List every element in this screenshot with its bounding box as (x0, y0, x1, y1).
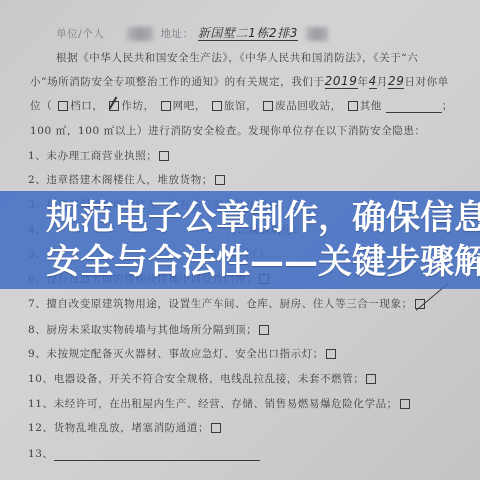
item-text: 货物乱堆乱放，堵塞消防通道； (54, 422, 209, 434)
checkbox-category-2[interactable] (161, 101, 171, 111)
list-item: 10、电器设备，开关不符合安全规格，电线乱拉乱接，未套不燃管； (28, 371, 378, 386)
redacted-unit (127, 27, 153, 41)
list-item: 12、货物乱堆乱放，堵塞消防通道； (28, 420, 223, 435)
banner-title-line-2: 安全与合法性——关键步骤解 (46, 240, 466, 284)
item-checkbox[interactable] (215, 175, 225, 185)
item-number: 12、 (28, 422, 54, 434)
list-item: 2、违章搭建木阁楼住人，堆放货物； (28, 172, 227, 187)
item-number: 9、 (28, 348, 46, 360)
item-number: 8、 (28, 324, 46, 336)
item-number: 1、 (28, 150, 46, 162)
category-label: 其他 (360, 100, 382, 112)
header-line: 单位/个人 地址： 新国墅二1栋2排3 (56, 24, 332, 41)
item-checkbox[interactable] (159, 151, 169, 161)
year-suffix: 年 (358, 76, 369, 88)
month-suffix: 月 (377, 76, 388, 88)
intro-line-2: 小”场所消防安全专项整治工作的通知》的有关规定，我们于2019年4月29日对你单 (30, 74, 449, 89)
item-checkbox[interactable] (326, 349, 336, 359)
date-day: 29 (388, 74, 404, 89)
intro-line-1: 根据《中华人民共和国安全生产法》，《中华人民共和国消防法》，《关于“六 (56, 50, 418, 65)
date-year: 2019 (325, 74, 358, 89)
banner-title-line-1: 规范电子公章制作，确保信息 (46, 196, 466, 240)
item-number: 13、 (28, 448, 54, 460)
banner-title: 规范电子公章制作，确保信息 安全与合法性——关键步骤解 (46, 196, 466, 284)
list-item: 1、未办理工商营业执照； (28, 148, 171, 163)
item-checkbox[interactable] (366, 374, 376, 384)
item-checkbox[interactable] (211, 423, 221, 433)
redacted-address (306, 27, 328, 41)
category-label: 档口 (70, 100, 92, 112)
day-suffix: 日对你单 (404, 76, 448, 88)
item-13-blank[interactable] (54, 452, 260, 461)
category-suffix: ； (442, 100, 453, 112)
item-text: 违章搭建木阁楼住人，堆放货物； (46, 174, 213, 186)
item-checkbox[interactable] (400, 399, 410, 409)
category-label: 废品回收站 (275, 100, 331, 112)
category-label: 作坊 (121, 100, 143, 112)
checkbox-category-5[interactable] (348, 101, 358, 111)
intro-line-2-text: 小”场所消防安全专项整治工作的通知》的有关规定，我们于 (30, 76, 325, 88)
address-value: 新国墅二1栋2排3 (198, 26, 298, 41)
item-text: 擅自改变原建筑物用途，设置生产车间、仓库、厨房、住人等三合一现象； (46, 298, 412, 310)
list-item: 8、厨房未采取实物砖墙与其他场所分隔到顶； (28, 322, 271, 337)
checkbox-category-3[interactable] (212, 101, 222, 111)
checkbox-category-4[interactable] (263, 101, 273, 111)
category-label: 网吧 (173, 100, 195, 112)
checkbox-category-1[interactable] (109, 101, 119, 111)
category-line: 位（ 档口， 作坊， 网吧， 旅馆， 废品回收站， 其他 ； (30, 98, 453, 113)
other-blank[interactable] (386, 102, 442, 113)
category-label: 旅馆 (224, 100, 246, 112)
intro-line-4: 100 ㎡，100 ㎡以上）进行消防安全检查。发现你单位存在以下消防安全隐患： (30, 123, 426, 138)
category-prefix: 位（ (30, 100, 52, 112)
item-text: 未经许可，在出租屋内生产、经营、存储、销售易燃易爆危险化学品； (54, 398, 398, 410)
unit-label: 单位/个人 (56, 28, 105, 40)
list-item: 9、未按规定配备灭火器材、事故应急灯、安全出口指示灯； (28, 346, 338, 361)
item-number: 11、 (28, 398, 54, 410)
list-item: 7、擅自改变原建筑物用途，设置生产车间、仓库、厨房、住人等三合一现象； (28, 296, 427, 311)
item-number: 7、 (28, 298, 46, 310)
item-text: 未办理工商营业执照； (46, 150, 157, 162)
item-text: 厨房未采取实物砖墙与其他场所分隔到顶； (46, 324, 257, 336)
address-label: 地址： (160, 28, 193, 40)
list-item: 11、未经许可，在出租屋内生产、经营、存储、销售易燃易爆危险化学品； (28, 396, 412, 411)
item-text: 未按规定配备灭火器材、事故应急灯、安全出口指示灯； (46, 348, 324, 360)
item-text: 电器设备，开关不符合安全规格，电线乱拉乱接，未套不燃管； (54, 373, 365, 385)
item-number: 10、 (28, 373, 54, 385)
date-month: 4 (369, 74, 377, 89)
checkbox-category-0[interactable] (58, 101, 68, 111)
list-item: 13、 (28, 446, 260, 461)
item-number: 2、 (28, 174, 46, 186)
item-checkbox[interactable] (259, 325, 269, 335)
